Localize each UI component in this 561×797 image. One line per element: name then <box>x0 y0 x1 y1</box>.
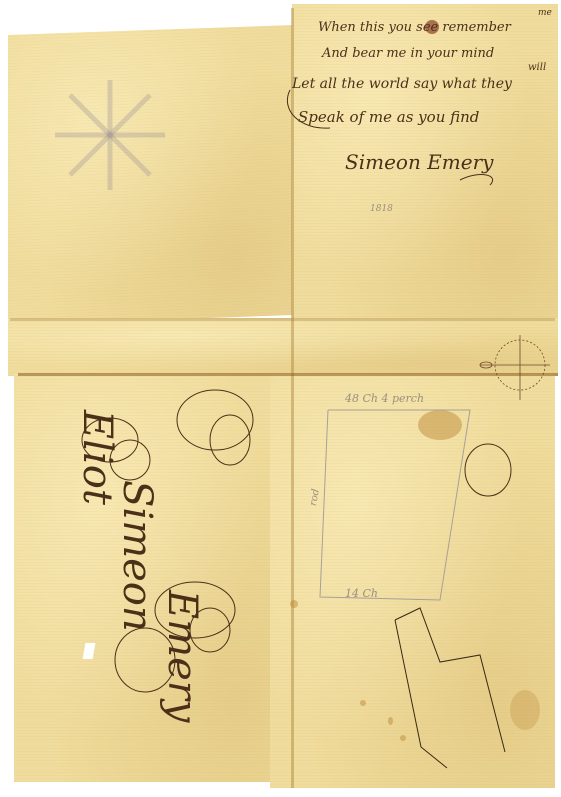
verse-line: When this you see remember <box>318 20 511 35</box>
verse-line: Speak of me as you find <box>298 108 479 126</box>
compass-rose-icon <box>480 335 550 400</box>
verse-line: Let all the world say what they <box>292 76 512 92</box>
survey-plot-pencil <box>320 410 470 600</box>
faint-star-watermark <box>55 80 165 190</box>
survey-plot-ink <box>395 608 505 768</box>
verse-insertion: me <box>538 8 552 18</box>
survey-top-label: 48 Ch 4 perch <box>345 392 424 405</box>
address-line: Simeon <box>114 480 160 632</box>
verse-insertion: will <box>528 62 546 73</box>
signature: Simeon Emery <box>345 150 493 174</box>
survey-bottom-label: 14 Ch <box>345 587 378 600</box>
verse-line: And bear me in your mind <box>322 46 494 61</box>
address-line: Emery <box>159 590 205 723</box>
year-note: 1818 <box>370 204 393 214</box>
manuscript-sheet: me When this you see remember And bear m… <box>0 0 561 797</box>
